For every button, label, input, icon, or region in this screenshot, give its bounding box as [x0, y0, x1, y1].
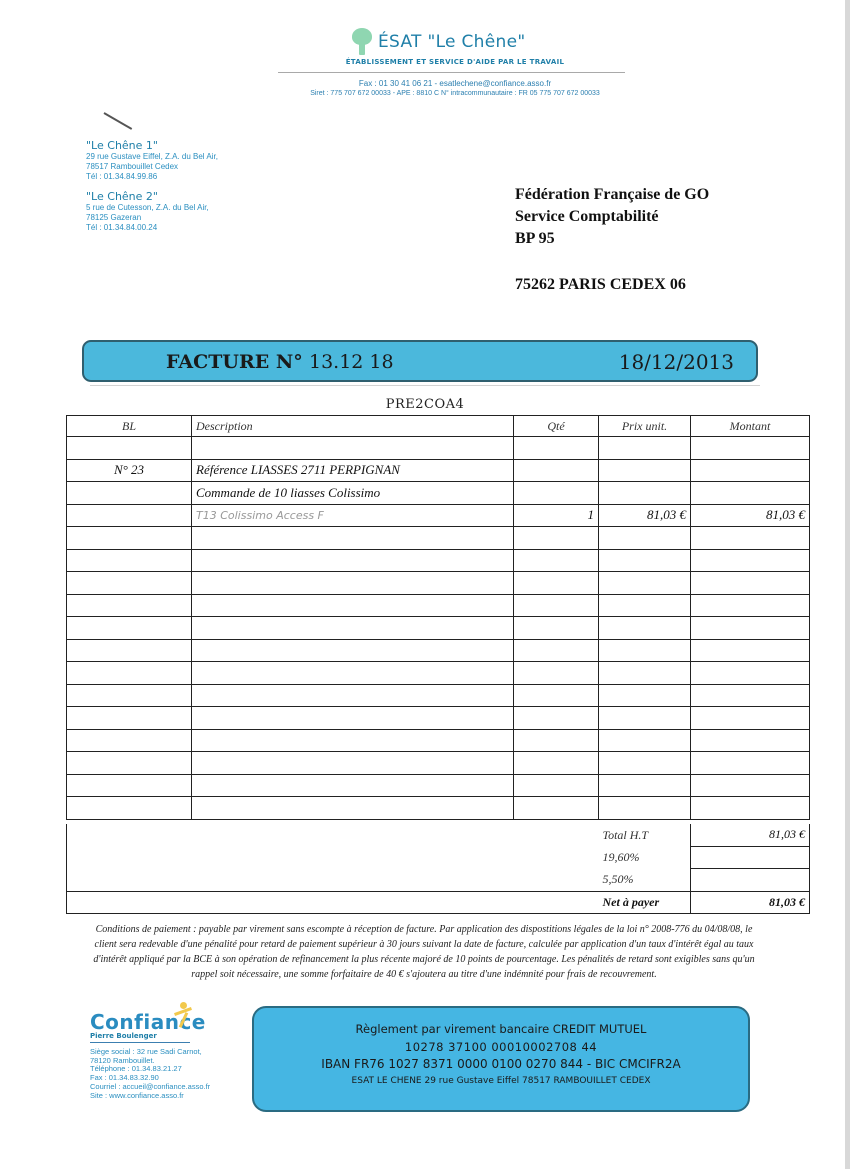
- cell-description: [192, 707, 514, 730]
- cell-description: T13 Colissimo Access F: [192, 504, 514, 527]
- cell-description: [192, 639, 514, 662]
- cell-qty: [514, 774, 599, 797]
- cell-amount: [691, 639, 810, 662]
- cell-unit-price: 81,03 €: [599, 504, 691, 527]
- cell-qty: [514, 729, 599, 752]
- banner-divider: [90, 385, 760, 386]
- cell-amount: [691, 437, 810, 460]
- cell-qty: [514, 662, 599, 685]
- cell-unit-price: [599, 617, 691, 640]
- site-address-line: 5 rue de Cutesson, Z.A. du Bel Air,: [86, 203, 209, 213]
- table-row-empty: [67, 594, 810, 617]
- cell-unit-price: [599, 707, 691, 730]
- cell-amount: [691, 482, 810, 505]
- table-header-row: BL Description Qté Prix unit. Montant: [67, 416, 810, 437]
- running-figure-icon: [172, 1002, 194, 1030]
- table-row: T13 Colissimo Access F181,03 €81,03 €: [67, 504, 810, 527]
- cell-description: [192, 437, 514, 460]
- table-row-empty: [67, 752, 810, 775]
- invoice-number: 13.12 18: [309, 351, 394, 373]
- invoice-date: 18/12/2013: [619, 350, 734, 374]
- confiance-block: Confiance Pierre Boulenger Siège social …: [90, 1010, 210, 1100]
- bank-details-box: Règlement par virement bancaire CREDIT M…: [252, 1006, 750, 1112]
- cell-description: [192, 549, 514, 572]
- cell-amount: [691, 752, 810, 775]
- recipient-department: Service Comptabilité: [515, 206, 709, 228]
- tree-icon: [352, 28, 372, 56]
- cell-description: [192, 572, 514, 595]
- table-row-empty: [67, 527, 810, 550]
- cell-amount: [691, 729, 810, 752]
- cell-qty: [514, 437, 599, 460]
- cell-bl: [67, 662, 192, 685]
- organization-siret: Siret : 775 707 672 00033 - APE : 8810 C…: [270, 90, 640, 97]
- cell-unit-price: [599, 684, 691, 707]
- cell-unit-price: [599, 594, 691, 617]
- net-payable-row: Net à payer 81,03 €: [67, 891, 810, 914]
- cell-description: Référence LIASSES 2711 PERPIGNAN: [192, 459, 514, 482]
- total-ht-row: Total H.T 81,03 €: [67, 824, 810, 846]
- table-row-empty: [67, 639, 810, 662]
- cell-description: [192, 797, 514, 820]
- cell-bl: [67, 437, 192, 460]
- cell-bl: N° 23: [67, 459, 192, 482]
- cell-bl: [67, 729, 192, 752]
- cell-amount: [691, 549, 810, 572]
- site-name: "Le Chêne 1": [86, 139, 218, 152]
- net-payable-label: Net à payer: [599, 891, 691, 914]
- cell-qty: [514, 572, 599, 595]
- cell-amount: [691, 527, 810, 550]
- cell-unit-price: [599, 572, 691, 595]
- cell-description: [192, 594, 514, 617]
- cell-bl: [67, 527, 192, 550]
- cell-unit-price: [599, 459, 691, 482]
- cell-amount: [691, 684, 810, 707]
- cell-unit-price: [599, 482, 691, 505]
- cell-amount: [691, 797, 810, 820]
- cell-description: [192, 774, 514, 797]
- cell-unit-price: [599, 752, 691, 775]
- organization-subtitle: ÉTABLISSEMENT ET SERVICE D'AIDE PAR LE T…: [270, 58, 640, 66]
- cell-amount: [691, 459, 810, 482]
- total-ht-value: 81,03 €: [691, 824, 810, 846]
- organization-name: ÉSAT "Le Chêne": [378, 32, 525, 52]
- cell-amount: [691, 617, 810, 640]
- confiance-website: Site : www.confiance.asso.fr: [90, 1092, 210, 1101]
- cell-qty: [514, 594, 599, 617]
- cell-description: Commande de 10 liasses Colissimo: [192, 482, 514, 505]
- cell-amount: [691, 774, 810, 797]
- cell-bl: [67, 639, 192, 662]
- cell-bl: [67, 797, 192, 820]
- cell-amount: [691, 572, 810, 595]
- vat-rate-1: 19,60%: [599, 846, 691, 869]
- cell-bl: [67, 752, 192, 775]
- scan-edge: [845, 0, 850, 1169]
- invoice-banner: FACTURE N° 13.12 18 18/12/2013: [82, 340, 758, 382]
- vat-row-2: 5,50%: [67, 869, 810, 892]
- cell-qty: [514, 684, 599, 707]
- site-le-chene-1: "Le Chêne 1" 29 rue Gustave Eiffel, Z.A.…: [86, 139, 218, 182]
- cell-unit-price: [599, 527, 691, 550]
- recipient-name: Fédération Française de GO: [515, 184, 709, 206]
- total-ht-label: Total H.T: [599, 824, 691, 846]
- cell-amount: 81,03 €: [691, 504, 810, 527]
- cell-bl: [67, 572, 192, 595]
- bank-account-holder: ESAT LE CHENE 29 rue Gustave Eiffel 7851…: [254, 1076, 748, 1086]
- cell-description: [192, 617, 514, 640]
- organization-contact: Fax : 01 30 41 06 21 - esatlechene@confi…: [270, 79, 640, 88]
- cell-qty: [514, 459, 599, 482]
- cell-bl: [67, 774, 192, 797]
- cell-bl: [67, 617, 192, 640]
- cell-qty: [514, 639, 599, 662]
- column-header-amount: Montant: [691, 416, 810, 437]
- cell-unit-price: [599, 639, 691, 662]
- table-row-empty: [67, 662, 810, 685]
- cell-bl: [67, 594, 192, 617]
- table-row-empty: [67, 549, 810, 572]
- vat-value-2: [691, 869, 810, 892]
- invoice-items-table: BL Description Qté Prix unit. Montant N°…: [66, 415, 810, 820]
- cell-description: [192, 684, 514, 707]
- cell-qty: [514, 527, 599, 550]
- invoice-totals: Total H.T 81,03 € 19,60% 5,50% Net à pay…: [66, 824, 810, 914]
- site-phone: Tél : 01.34.84.00.24: [86, 223, 209, 233]
- invoice-reference: PRE2COA4: [0, 397, 850, 412]
- letterhead-divider: [278, 72, 625, 73]
- cell-bl: [67, 684, 192, 707]
- cell-amount: [691, 707, 810, 730]
- bank-payment-method: Règlement par virement bancaire CREDIT M…: [254, 1022, 748, 1036]
- cell-unit-price: [599, 437, 691, 460]
- column-header-unit-price: Prix unit.: [599, 416, 691, 437]
- table-row-empty: [67, 684, 810, 707]
- table-row: N° 23Référence LIASSES 2711 PERPIGNAN: [67, 459, 810, 482]
- vat-value-1: [691, 846, 810, 869]
- site-address-line: 78125 Gazeran: [86, 213, 209, 223]
- table-row-empty: [67, 774, 810, 797]
- cell-unit-price: [599, 662, 691, 685]
- cell-qty: [514, 752, 599, 775]
- column-header-description: Description: [192, 416, 514, 437]
- bank-account-number: 10278 37100 00010002708 44: [254, 1040, 748, 1054]
- table-row: Commande de 10 liasses Colissimo: [67, 482, 810, 505]
- site-address-line: 29 rue Gustave Eiffel, Z.A. du Bel Air,: [86, 152, 218, 162]
- cell-qty: [514, 482, 599, 505]
- cell-unit-price: [599, 774, 691, 797]
- cell-unit-price: [599, 797, 691, 820]
- table-row-empty: [67, 707, 810, 730]
- net-payable-value: 81,03 €: [691, 891, 810, 914]
- pen-mark: [104, 112, 133, 130]
- recipient-po-box: BP 95: [515, 228, 709, 250]
- site-address-line: 78517 Rambouillet Cedex: [86, 162, 218, 172]
- cell-bl: [67, 707, 192, 730]
- cell-description: [192, 752, 514, 775]
- cell-qty: [514, 617, 599, 640]
- cell-qty: [514, 797, 599, 820]
- cell-bl: [67, 504, 192, 527]
- column-header-qty: Qté: [514, 416, 599, 437]
- payment-conditions: Conditions de paiement : payable par vir…: [88, 922, 760, 982]
- cell-amount: [691, 662, 810, 685]
- cell-description: [192, 662, 514, 685]
- confiance-contact: Siège social : 32 rue Sadi Carnot, 78120…: [90, 1048, 210, 1100]
- column-header-bl: BL: [67, 416, 192, 437]
- cell-amount: [691, 594, 810, 617]
- recipient-city: 75262 PARIS CEDEX 06: [515, 274, 709, 296]
- table-row-empty: [67, 617, 810, 640]
- site-le-chene-2: "Le Chêne 2" 5 rue de Cutesson, Z.A. du …: [86, 190, 209, 233]
- confiance-divider: [90, 1042, 190, 1043]
- cell-unit-price: [599, 729, 691, 752]
- cell-qty: [514, 549, 599, 572]
- cell-description: [192, 527, 514, 550]
- cell-unit-price: [599, 549, 691, 572]
- cell-bl: [67, 482, 192, 505]
- cell-qty: [514, 707, 599, 730]
- table-row: [67, 437, 810, 460]
- table-row-empty: [67, 797, 810, 820]
- vat-row-1: 19,60%: [67, 846, 810, 869]
- invoice-label: FACTURE N°: [166, 351, 303, 373]
- vat-rate-2: 5,50%: [599, 869, 691, 892]
- site-phone: Tél : 01.34.84.99.86: [86, 172, 218, 182]
- cell-description: [192, 729, 514, 752]
- table-row-empty: [67, 572, 810, 595]
- letterhead-title: ÉSAT "Le Chêne": [352, 28, 525, 56]
- table-row-empty: [67, 729, 810, 752]
- cell-bl: [67, 549, 192, 572]
- recipient-address: Fédération Française de GO Service Compt…: [515, 184, 709, 296]
- cell-qty: 1: [514, 504, 599, 527]
- site-name: "Le Chêne 2": [86, 190, 209, 203]
- bank-iban-bic: IBAN FR76 1027 8371 0000 0100 0270 844 -…: [254, 1057, 748, 1071]
